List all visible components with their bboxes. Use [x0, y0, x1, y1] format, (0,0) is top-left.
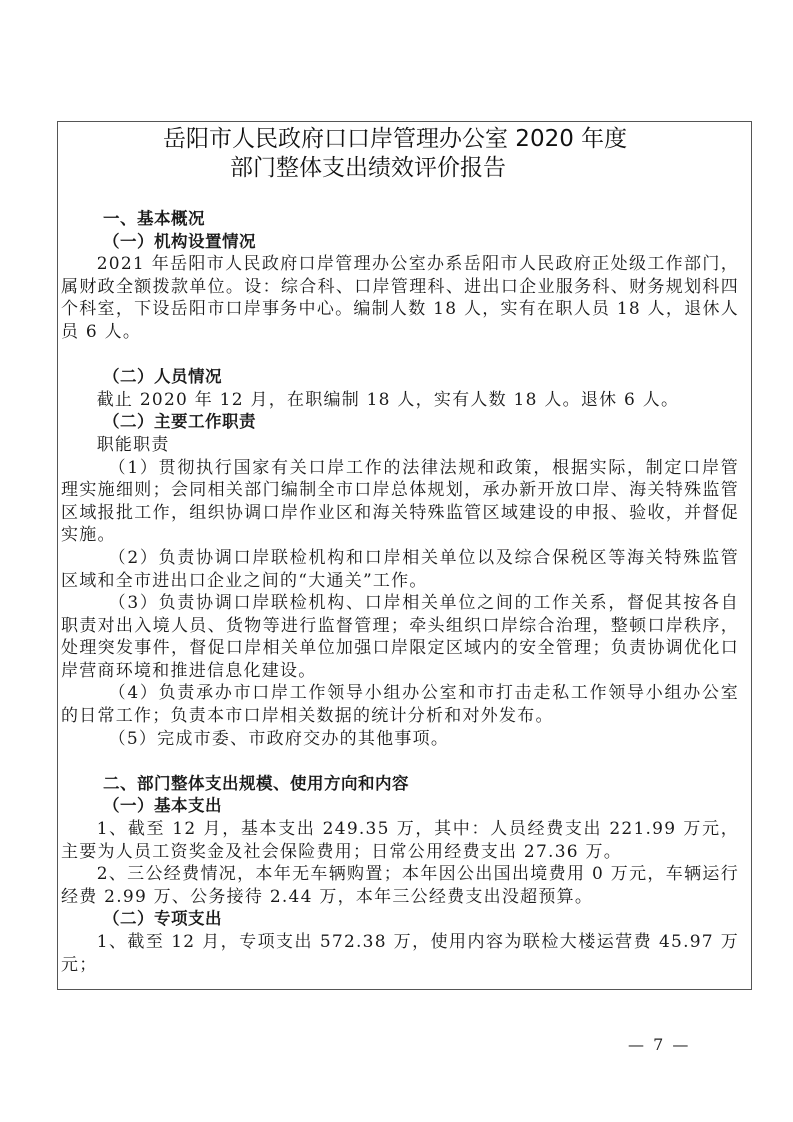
paragraph-basic-expenditure-1: 1、截至 12 月，基本支出 249.35 万，其中：人员经费支出 221.99…: [61, 818, 739, 863]
paragraph-basic-expenditure-2: 2、三公经费情况，本年无车辆购置；本年因公出国出境费用 0 万元，车辆运行经费 …: [61, 863, 739, 908]
subsection-heading-duties: （二）主要工作职责: [61, 411, 739, 434]
spacer: [61, 750, 739, 773]
page-number: — 7 —: [628, 1035, 690, 1054]
duty-item-3: （3）负责协调口岸联检机构、口岸相关单位之间的工作关系，督促其按各自职责对出入境…: [61, 592, 739, 682]
subsection-heading-organization: （一）机构设置情况: [61, 231, 739, 254]
report-body: 一、基本概况 （一）机构设置情况 2021 年岳阳市人民政府口岸管理办公室办系岳…: [61, 208, 739, 976]
subsection-heading-personnel: （二）人员情况: [61, 366, 739, 389]
section-heading-basic-overview: 一、基本概况: [61, 208, 739, 231]
spacer: [61, 344, 739, 367]
report-frame: 岳阳市人民政府口口岸管理办公室 2020 年度 部门整体支出绩效评价报告 一、基…: [57, 121, 752, 990]
paragraph-organization: 2021 年岳阳市人民政府口岸管理办公室办系岳阳市人民政府正处级工作部门，属财政…: [61, 253, 739, 343]
report-title-line-1: 岳阳市人民政府口口岸管理办公室 2020 年度: [163, 124, 752, 154]
duty-item-2: （2）负责协调口岸联检机构和口岸相关单位以及综合保税区等海关特殊监管区域和全市进…: [61, 547, 739, 592]
section-heading-expenditure: 二、部门整体支出规模、使用方向和内容: [61, 773, 739, 796]
paragraph-personnel: 截止 2020 年 12 月，在职编制 18 人，实有人数 18 人。退休 6 …: [61, 389, 739, 412]
duty-item-5: （5）完成市委、市政府交办的其他事项。: [61, 728, 739, 751]
duty-item-1: （1）贯彻执行国家有关口岸工作的法律法规和政策，根据实际，制定口岸管理实施细则；…: [61, 457, 739, 547]
subsection-heading-special-expenditure: （二）专项支出: [61, 908, 739, 931]
paragraph-duties-intro: 职能职责: [61, 434, 739, 457]
report-title-line-2: 部门整体支出绩效评价报告: [230, 153, 752, 183]
duty-item-4: （4）负责承办市口岸工作领导小组办公室和市打击走私工作领导小组办公室的日常工作；…: [61, 682, 739, 727]
paragraph-special-expenditure-1: 1、截至 12 月，专项支出 572.38 万，使用内容为联检大楼运营费 45.…: [61, 931, 739, 976]
subsection-heading-basic-expenditure: （一）基本支出: [61, 795, 739, 818]
